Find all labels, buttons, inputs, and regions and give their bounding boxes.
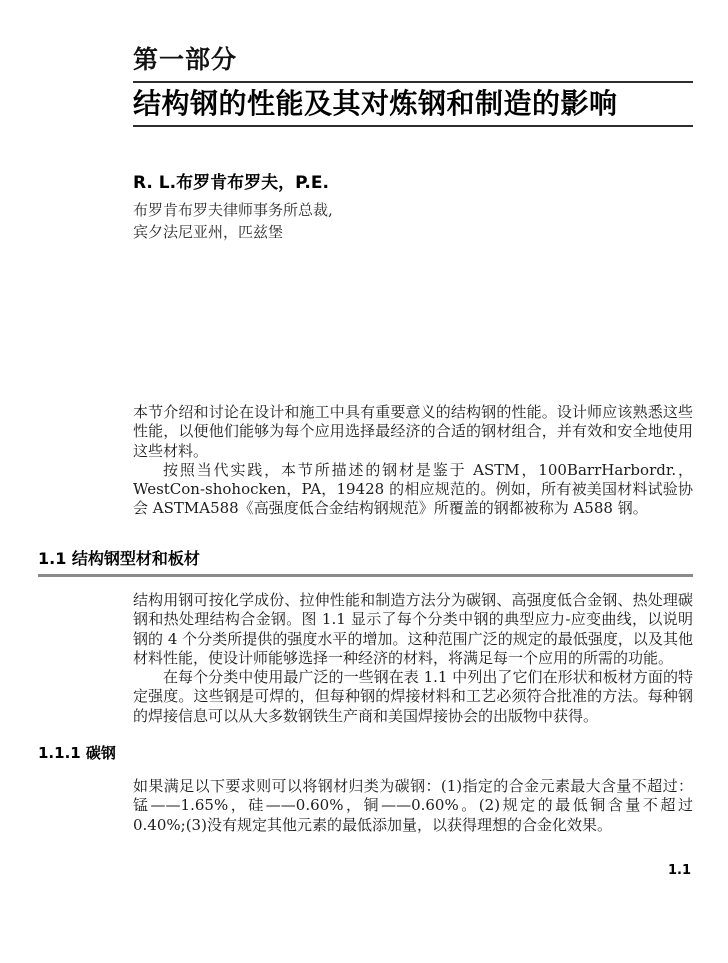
title-divider-bottom: [133, 125, 693, 127]
section-paragraph: 在每个分类中使用最广泛的一些钢在表 1.1 中列出了它们在形状和板材方面的特定强…: [133, 668, 693, 726]
section-heading-1-1-1: 1.1.1 碳钢: [38, 743, 693, 763]
intro-paragraph: 按照当代实践，本节所描述的钢材是鉴于 ASTM，100BarrHarbordr.…: [133, 461, 693, 519]
section-divider: [38, 574, 693, 577]
intro-paragraph: 本节介绍和讨论在设计和施工中具有重要意义的结构钢的性能。设计师应该熟悉这些性能，…: [133, 403, 693, 461]
author-role: 布罗肯布罗夫律师事务所总裁,: [133, 199, 693, 221]
section-body: 结构用钢可按化学成份、拉伸性能和制造方法分为碳钢、高强度低合金钢、热处理碳钢和热…: [133, 591, 693, 726]
section-body: 如果满足以下要求则可以将钢材归类为碳钢：(1)指定的合金元素最大含量不超过：锰—…: [133, 777, 693, 835]
section-paragraph: 如果满足以下要求则可以将钢材归类为碳钢：(1)指定的合金元素最大含量不超过：锰—…: [133, 777, 693, 835]
author-block: R. L.布罗肯布罗夫，P.E. 布罗肯布罗夫律师事务所总裁, 宾夕法尼亚州，匹…: [133, 173, 693, 243]
author-location: 宾夕法尼亚州，匹兹堡: [133, 221, 693, 243]
section-heading-1-1: 1.1 结构钢型材和板材: [38, 548, 693, 569]
section-structural-steel-shapes: 1.1 结构钢型材和板材 结构用钢可按化学成份、拉伸性能和制造方法分为碳钢、高强…: [38, 548, 693, 726]
part-label: 第一部分: [133, 44, 693, 76]
intro-paragraphs: 本节介绍和讨论在设计和施工中具有重要意义的结构钢的性能。设计师应该熟悉这些性能，…: [133, 403, 693, 519]
document-page: 第一部分 结构钢的性能及其对炼钢和制造的影响 R. L.布罗肯布罗夫，P.E. …: [0, 0, 728, 963]
author-name: R. L.布罗肯布罗夫，P.E.: [133, 173, 693, 194]
page-number: 1.1: [668, 863, 691, 878]
page-title: 结构钢的性能及其对炼钢和制造的影响: [133, 87, 693, 120]
title-block: 第一部分 结构钢的性能及其对炼钢和制造的影响: [133, 44, 693, 131]
section-paragraph: 结构用钢可按化学成份、拉伸性能和制造方法分为碳钢、高强度低合金钢、热处理碳钢和热…: [133, 591, 693, 668]
title-divider-top: [133, 81, 693, 83]
section-carbon-steel: 1.1.1 碳钢 如果满足以下要求则可以将钢材归类为碳钢：(1)指定的合金元素最…: [38, 743, 693, 835]
